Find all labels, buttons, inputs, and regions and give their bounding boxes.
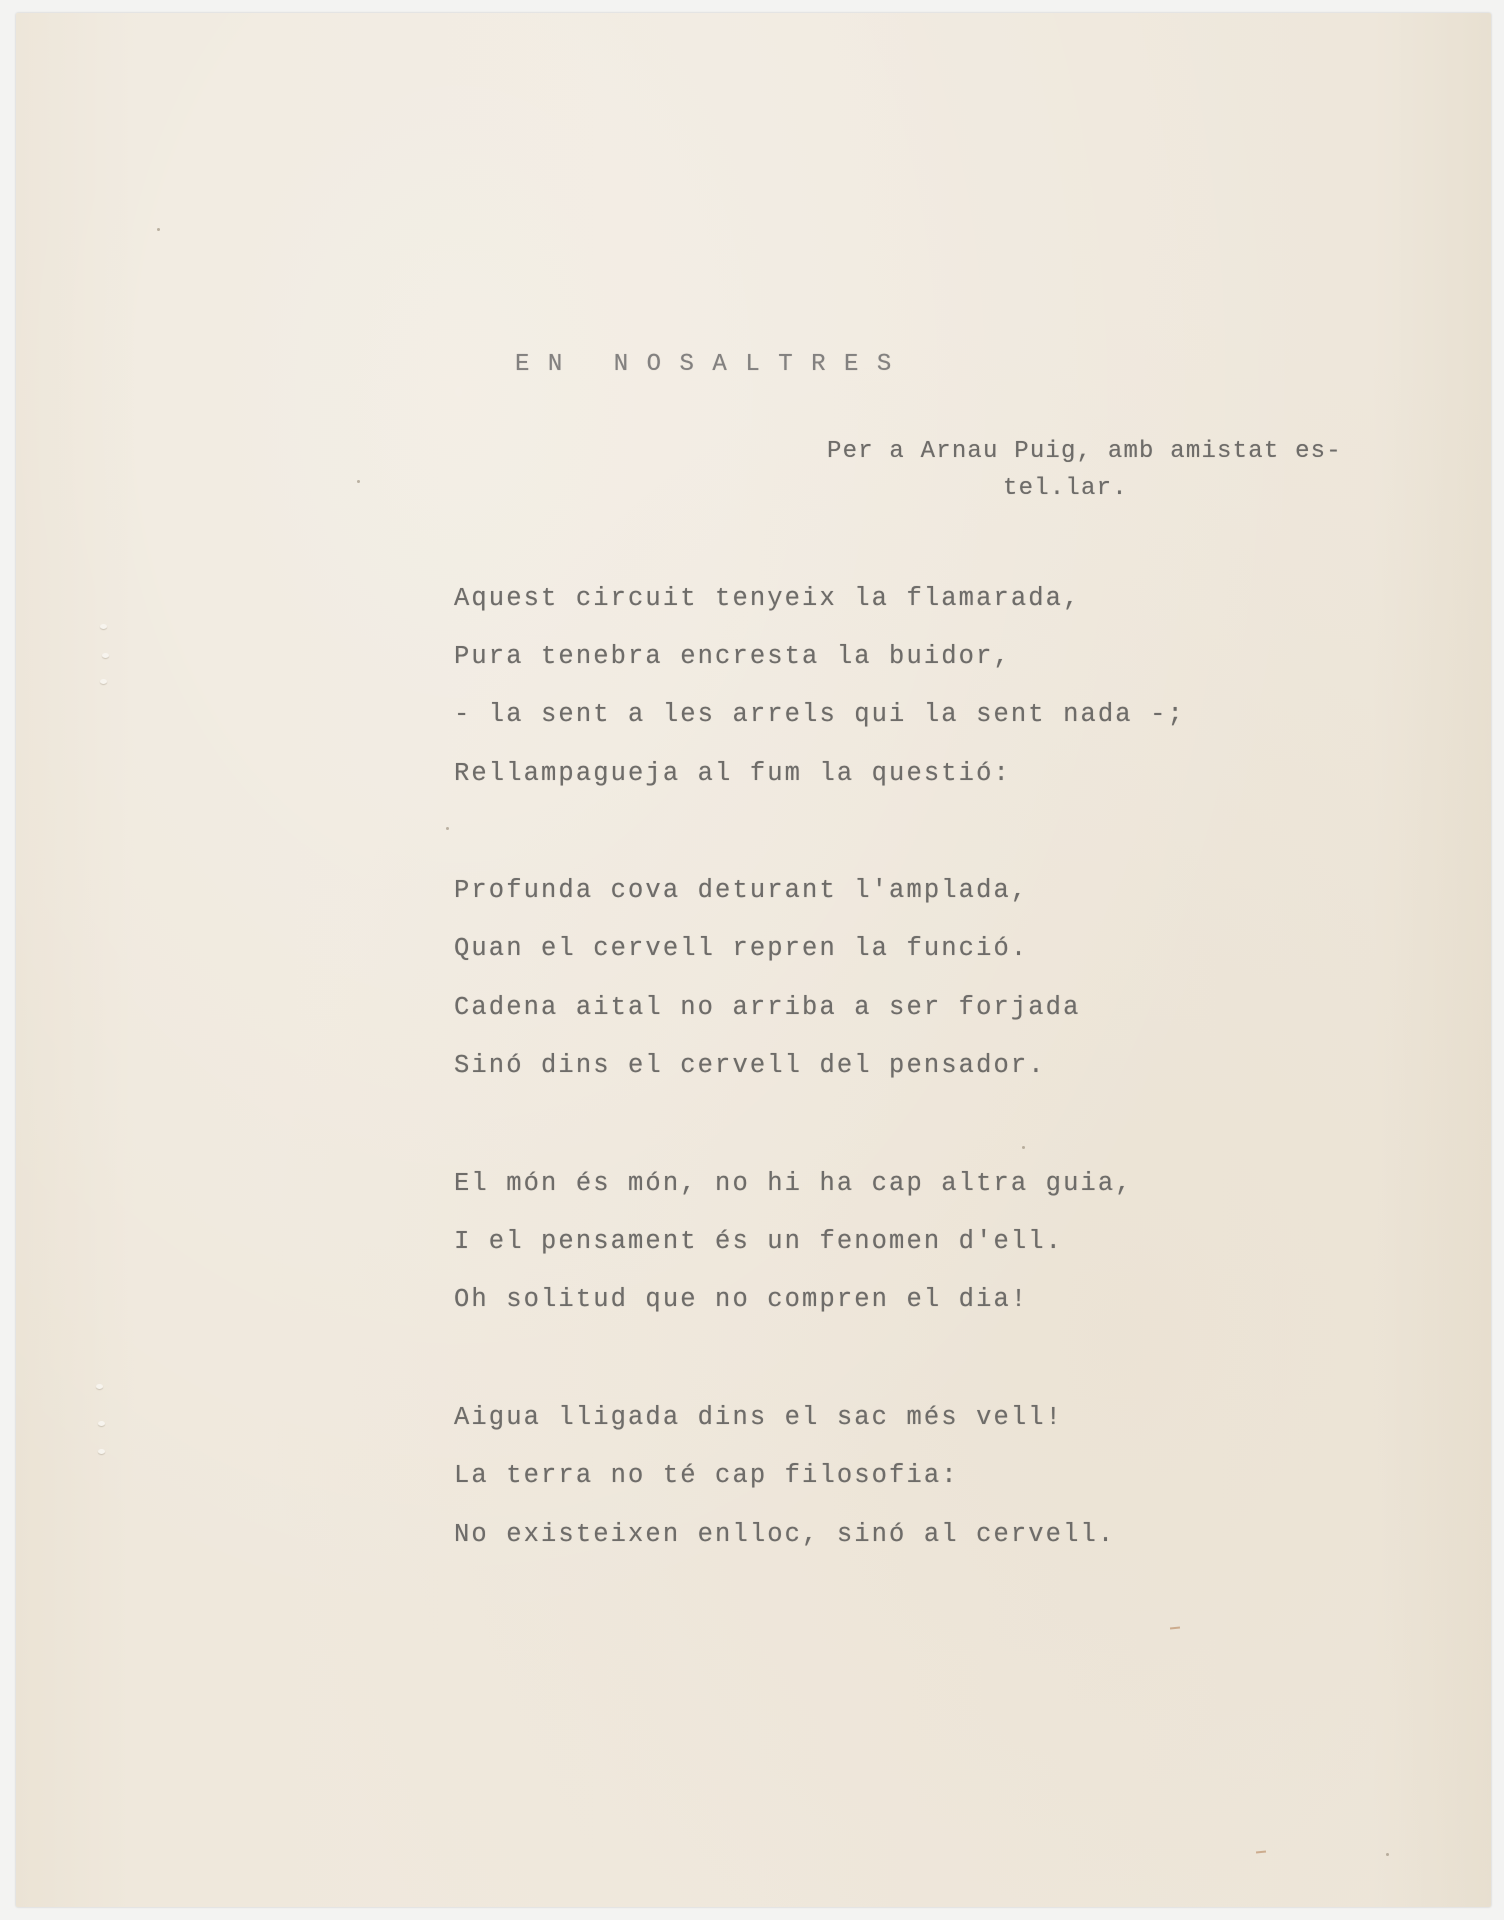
verse-line: Quan el cervell repren la funció. xyxy=(454,936,1028,962)
verse-line: Pura tenebra encresta la buidor, xyxy=(454,644,1011,670)
verse-line: I el pensament és un fenomen d'ell. xyxy=(454,1229,1063,1255)
paper-punch-mark xyxy=(100,679,107,684)
verse-line: Oh solitud que no compren el dia! xyxy=(454,1287,1028,1313)
verse-line: No existeixen enlloc, sinó al cervell. xyxy=(454,1522,1115,1548)
verse-line: Rellampagueja al fum la questió: xyxy=(454,761,1011,787)
verse-line: Sinó dins el cervell del pensador. xyxy=(454,1053,1046,1079)
paper-fiber xyxy=(1170,1626,1180,1629)
paper-punch-mark xyxy=(96,1384,103,1389)
paper-punch-mark xyxy=(100,624,107,629)
paper-punch-mark xyxy=(102,653,109,658)
verse-line: Profunda cova deturant l'amplada, xyxy=(454,878,1028,904)
dedication-line-2: tel.lar. xyxy=(1003,476,1128,502)
paper-speck xyxy=(1022,1146,1025,1149)
verse-line: La terra no té cap filosofia: xyxy=(454,1463,959,1489)
paper-punch-mark xyxy=(98,1449,105,1454)
poem-title: EN NOSALTRES xyxy=(515,352,910,378)
paper-speck xyxy=(357,480,360,483)
verse-line: Aigua lligada dins el sac més vell! xyxy=(454,1405,1063,1431)
dedication-line-1: Per a Arnau Puig, amb amistat es- xyxy=(827,439,1342,465)
paper-fiber xyxy=(1256,1850,1266,1853)
verse-line: - la sent a les arrels qui la sent nada … xyxy=(454,702,1185,728)
verse-line: Cadena aital no arriba a ser forjada xyxy=(454,995,1081,1021)
paper-speck xyxy=(157,228,160,231)
verse-line: El món és món, no hi ha cap altra guia, xyxy=(454,1171,1133,1197)
paper-speck xyxy=(446,827,449,830)
paper-punch-mark xyxy=(98,1421,105,1426)
paper-speck xyxy=(1386,1853,1389,1856)
verse-line: Aquest circuit tenyeix la flamarada, xyxy=(454,586,1081,612)
